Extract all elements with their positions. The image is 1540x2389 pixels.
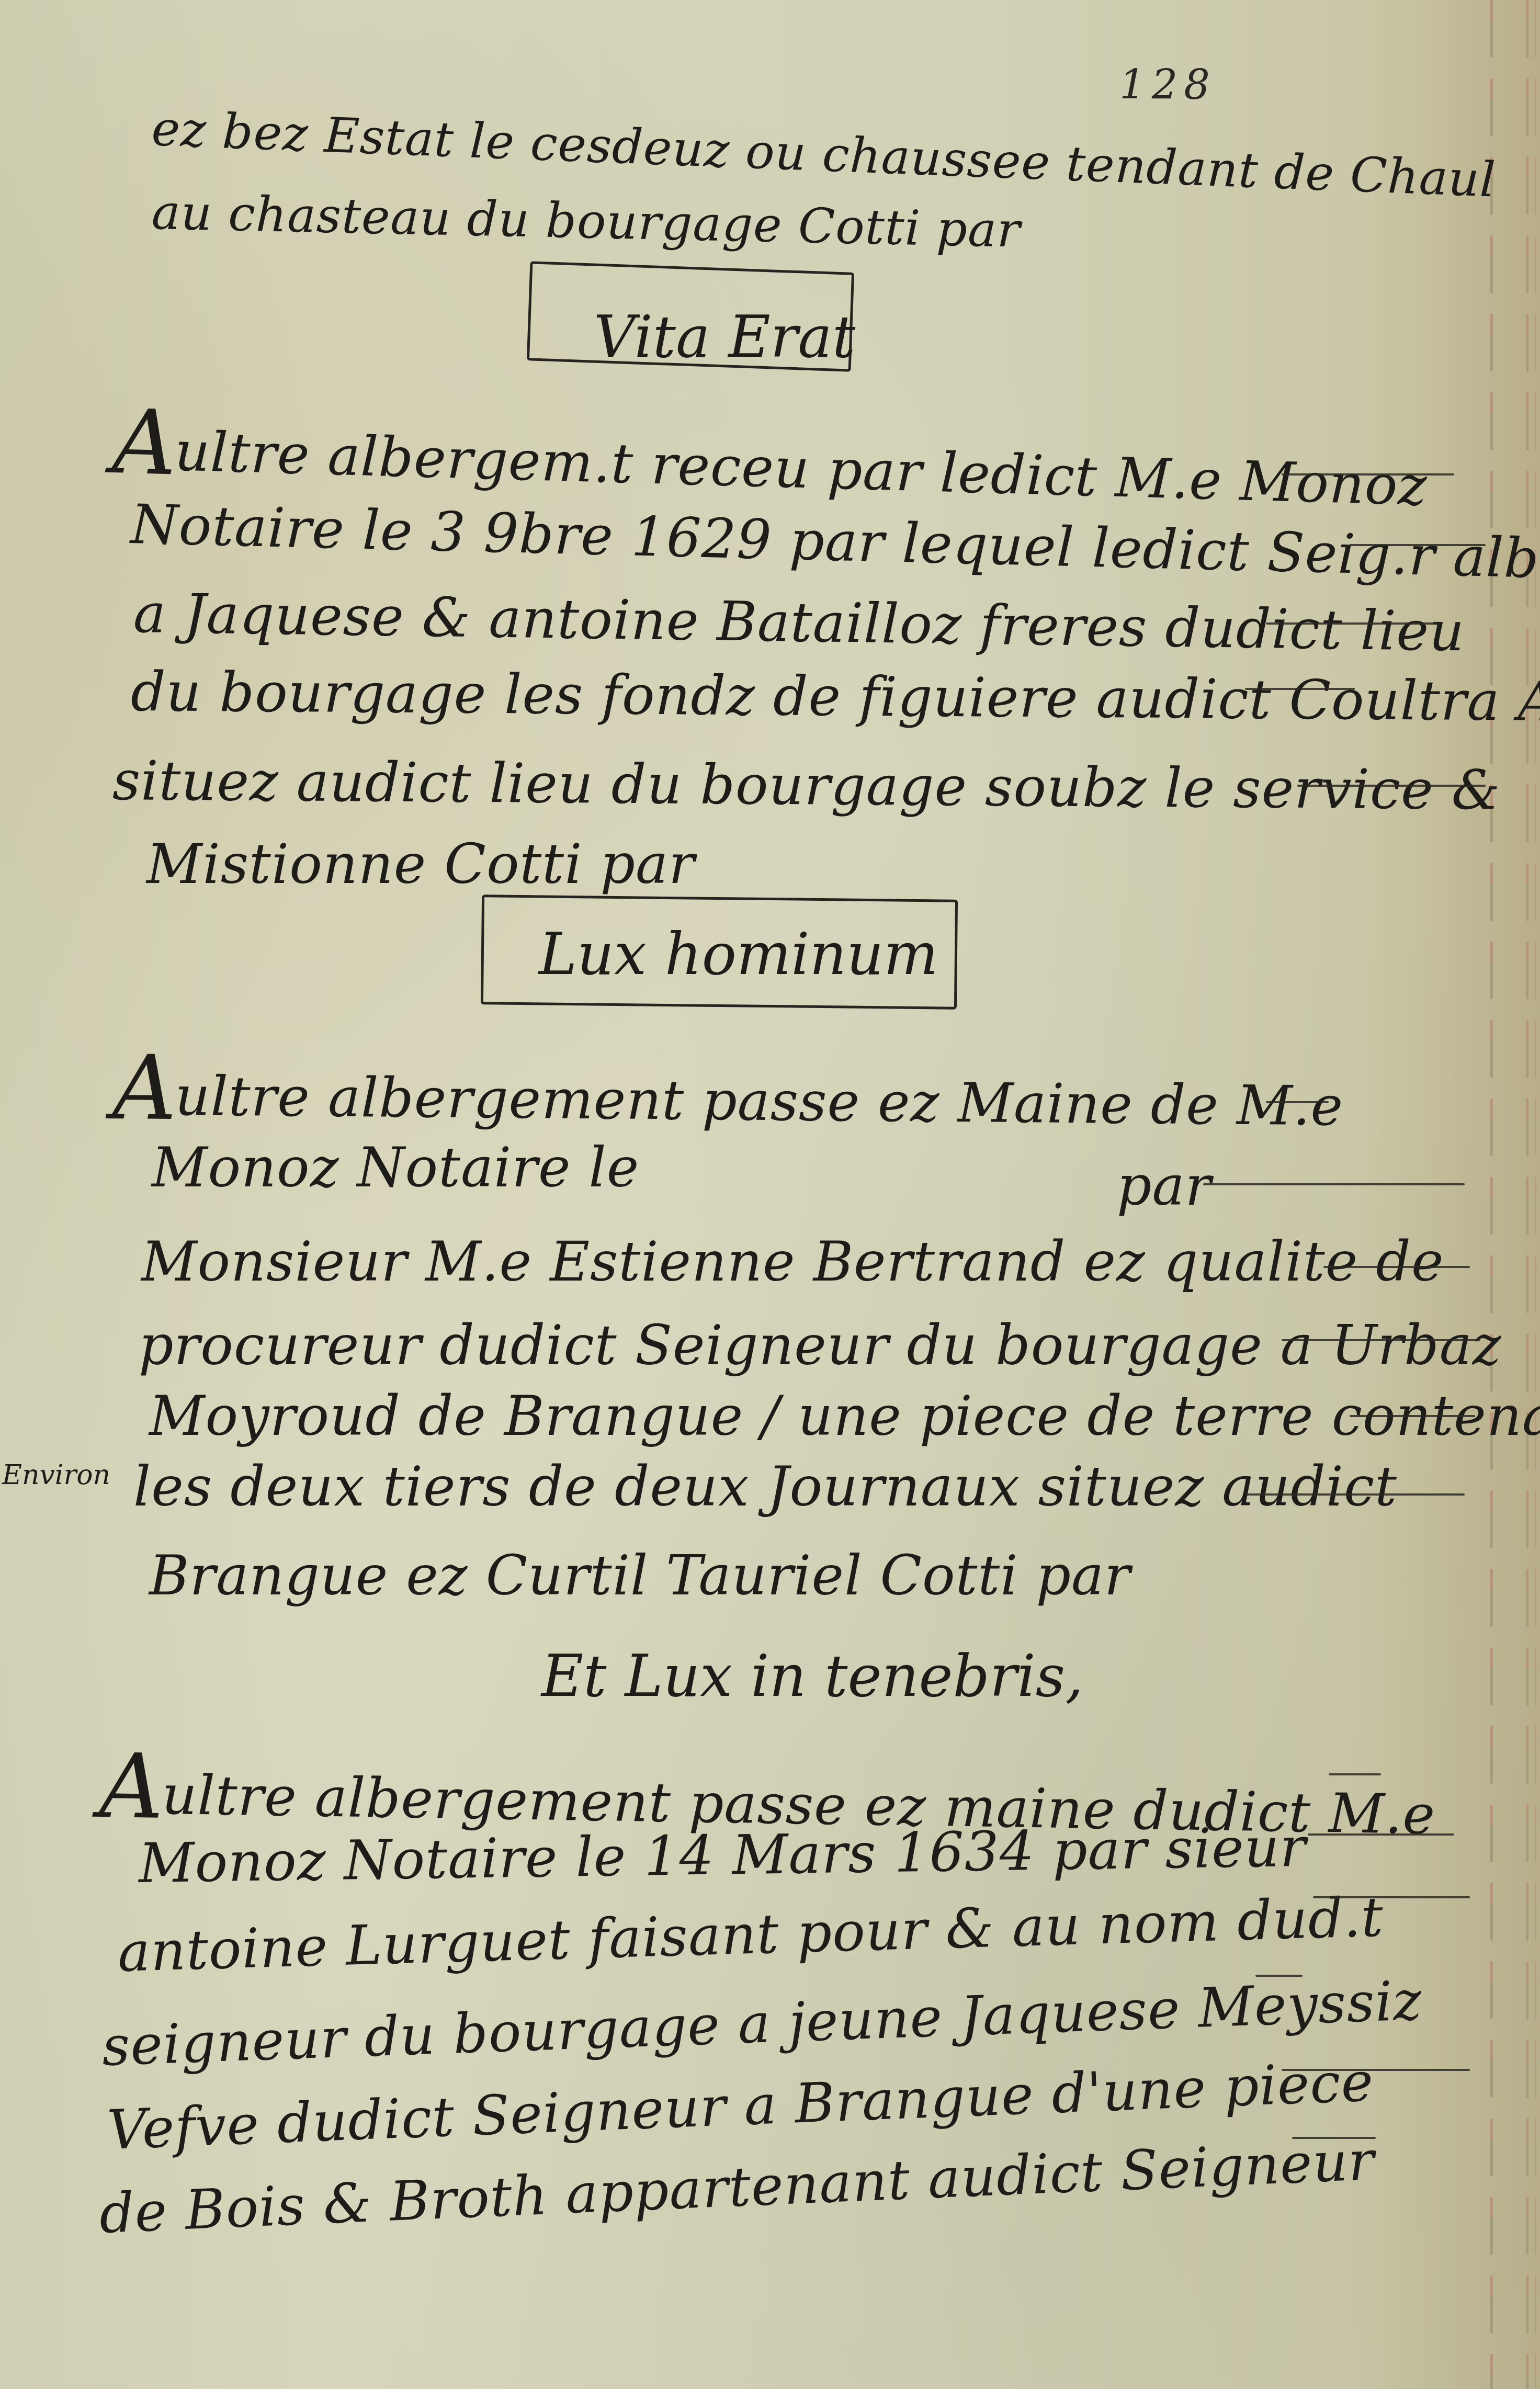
line-filler-dash <box>1282 2069 1470 2071</box>
entry-2-line-6: les deux tiers de deux Journaux situez a… <box>133 1459 1397 1514</box>
entry-2-line-2: Monoz Notaire le <box>152 1140 639 1195</box>
line-filler-dash <box>1266 622 1439 625</box>
entry-1-line-5: situez audict lieu du bourgage soubz le … <box>112 753 1501 818</box>
line-filler-dash <box>1297 785 1486 787</box>
gutter-rule-line <box>1526 0 1528 2389</box>
entry-2-line-5: Moyroud de Brangue / une piece de terre … <box>149 1389 1540 1443</box>
entry-1-line-4: du bourgage les fondz de figuiere audict… <box>131 664 1540 729</box>
entry-2-line-4: procureur dudict Seigneur du bourgage a … <box>139 1318 1502 1373</box>
line-filler-dash <box>1329 1773 1381 1775</box>
entry-2-line-7: Brangue ez Curtil Tauriel Cotti par <box>149 1548 1131 1603</box>
line-filler-dash <box>1245 1493 1465 1496</box>
entry-3-line-2: Monoz Notaire le 14 Mars 1634 par sieur <box>138 1820 1307 1890</box>
heading-lux-hominum: Lux hominum <box>539 921 938 988</box>
line-filler-dash <box>1313 1896 1470 1898</box>
line-filler-dash <box>1203 1183 1465 1185</box>
line-filler-dash <box>1292 2137 1376 2139</box>
gutter-rule-line <box>1490 0 1493 2389</box>
line-filler-dash <box>1255 1975 1303 1977</box>
manuscript-page: 128 ez bez Estat le cesdeuz ou chaussee … <box>0 0 1540 2389</box>
line-filler-dash <box>1266 1101 1329 1103</box>
header-line-2: au chasteau du bourgage Cotti par <box>151 188 1021 255</box>
gutter-rule-line <box>1535 0 1536 2389</box>
entry-1-line-6: Mistionne Cotti par <box>146 837 695 891</box>
line-filler-dash <box>1350 544 1486 546</box>
line-filler-dash <box>1323 1266 1470 1268</box>
entry-2-initial: A <box>112 1036 178 1140</box>
entry-3-line-3: antoine Lurguet faisant pour & au nom du… <box>117 1889 1385 1979</box>
line-filler-dash <box>1245 688 1355 690</box>
heading-lux-in-tenebris: Et Lux in tenebris, <box>541 1643 1083 1709</box>
line-filler-dash <box>1308 1833 1454 1836</box>
line-filler-dash <box>1282 473 1454 475</box>
entry-2-inline-par: par <box>1117 1159 1211 1213</box>
line-filler-dash <box>1350 1415 1475 1417</box>
line-filler-dash <box>1282 1339 1480 1341</box>
entry-3-initial: A <box>98 1735 165 1839</box>
entry-2-line-3: Monsieur M.e Estienne Bertrand ez qualit… <box>141 1235 1444 1289</box>
page-number: 128 <box>1119 62 1216 109</box>
entry-2-line-1: Aultre albergement passe ez Maine de M.e <box>112 1044 1344 1143</box>
margin-note-environ: Environ <box>2 1459 110 1491</box>
entry-1-initial: A <box>111 390 178 495</box>
entry-1-line-3: a Jaquese & antoine Batailloz freres dud… <box>133 586 1465 659</box>
heading-vita-erat: Vita Erat <box>594 303 855 370</box>
